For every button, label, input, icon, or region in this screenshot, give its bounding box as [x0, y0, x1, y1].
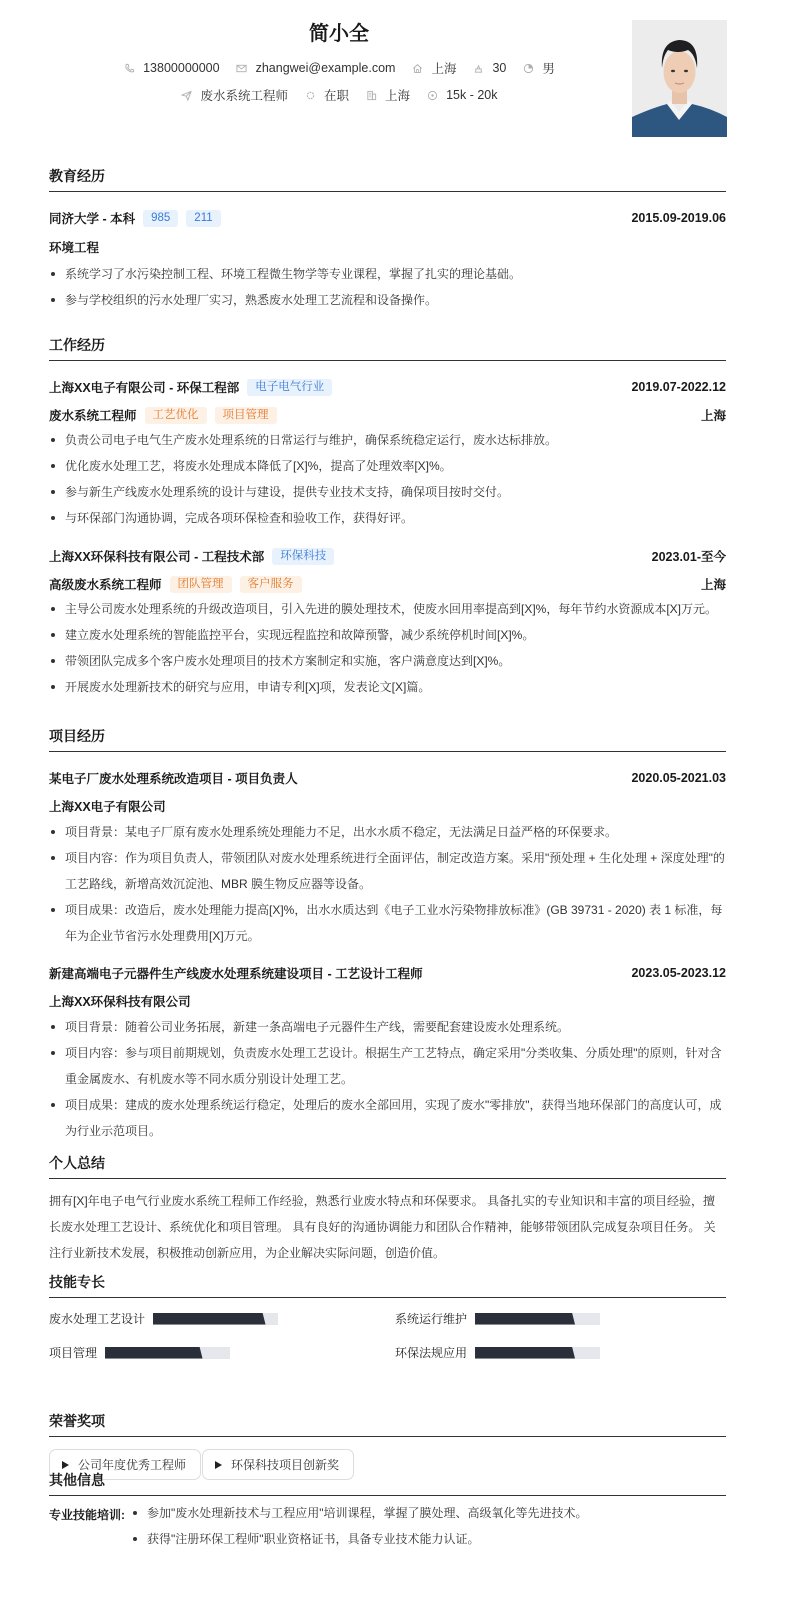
skill-tag: 工艺优化	[145, 407, 207, 424]
projects-section: 项目经历 某电子厂废水处理系统改造项目 - 项目负责人 2020.05-2021…	[49, 726, 726, 1144]
section-title: 工作经历	[49, 335, 726, 361]
list-item: 系统学习了水污染控制工程、环境工程微生物学等专业课程，掌握了扎实的理论基础。	[49, 261, 726, 287]
project-entry: 新建高端电子元器件生产线废水处理系统建设项目 - 工艺设计工程师 2023.05…	[49, 964, 726, 1144]
age-icon	[472, 62, 484, 74]
project-name: 某电子厂废水处理系统改造项目 - 项目负责人	[49, 769, 298, 787]
job-bullets: 主导公司废水处理系统的升级改造项目，引入先进的膜处理技术，使废水回用率提高到[X…	[49, 596, 726, 700]
email-item: zhangwei@example.com	[236, 61, 396, 75]
skill-item: 废水处理工艺设计	[49, 1310, 278, 1327]
gender-icon	[522, 62, 534, 74]
skill-bar	[105, 1347, 230, 1359]
school-tag: 985	[143, 210, 178, 227]
project-bullets: 项目背景：随着公司业务拓展，新建一条高端电子元器件生产线，需要配套建设废水处理系…	[49, 1014, 726, 1144]
gender: 男	[542, 59, 555, 77]
list-item: 项目背景：随着公司业务拓展，新建一条高端电子元器件生产线，需要配套建设废水处理系…	[49, 1014, 726, 1040]
job-role-row: 废水系统工程师 工艺优化 项目管理 上海	[49, 406, 726, 424]
section-title: 荣誉奖项	[49, 1411, 726, 1437]
section-title: 个人总结	[49, 1153, 726, 1179]
other-info-bullets: 参加"废水处理新技术与工程应用"培训课程，掌握了膜处理、高级氧化等先进技术。 获…	[131, 1500, 588, 1552]
summary-text: 拥有[X]年电子电气行业废水系统工程师工作经验，熟悉行业废水特点和环保要求。 具…	[49, 1188, 726, 1266]
skill-bar	[475, 1313, 600, 1325]
list-item: 参加"废水处理新技术与工程应用"培训课程，掌握了膜处理、高级氧化等先进技术。	[131, 1500, 588, 1526]
education-section: 教育经历 同济大学 - 本科 985 211 2015.09-2019.06 环…	[49, 166, 726, 313]
job-bullets: 负责公司电子电气生产废水处理系统的日常运行与维护，确保系统稳定运行，废水达标排放…	[49, 427, 726, 531]
age-item: 30	[472, 61, 506, 75]
skills-section: 技能专长 废水处理工艺设计 系统运行维护 项目管理 环保法规应用	[49, 1272, 726, 1372]
other-info-section: 其他信息 专业技能培训: 参加"废水处理新技术与工程应用"培训课程，掌握了膜处理…	[49, 1470, 726, 1570]
triangle-right-icon	[62, 1461, 69, 1469]
skill-bar	[475, 1347, 600, 1359]
major: 环境工程	[49, 238, 726, 256]
other-info-row: 专业技能培训: 参加"废水处理新技术与工程应用"培训课程，掌握了膜处理、高级氧化…	[49, 1506, 588, 1552]
skill-name: 废水处理工艺设计	[49, 1310, 145, 1327]
contact-info-row: 13800000000 zhangwei@example.com 上海 30	[49, 59, 629, 77]
project-company: 上海XX电子有限公司	[49, 797, 726, 815]
project-entry: 某电子厂废水处理系统改造项目 - 项目负责人 2020.05-2021.03 上…	[49, 769, 726, 949]
list-item: 与环保部门沟通协调，完成各项环保检查和验收工作，获得好评。	[49, 505, 726, 531]
job-info-row: 废水系统工程师 在职 上海 15k - 20k	[49, 86, 629, 104]
summary-section: 个人总结 拥有[X]年电子电气行业废水系统工程师工作经验，熟悉行业废水特点和环保…	[49, 1153, 726, 1266]
list-item: 参与学校组织的污水处理厂实习，熟悉废水处理工艺流程和设备操作。	[49, 287, 726, 313]
list-item: 负责公司电子电气生产废水处理系统的日常运行与维护，确保系统稳定运行，废水达标排放…	[49, 427, 726, 453]
home-icon	[411, 62, 423, 74]
skill-name: 项目管理	[49, 1344, 97, 1361]
skill-bar-fill	[153, 1313, 266, 1325]
section-title: 教育经历	[49, 166, 726, 192]
building-icon	[365, 89, 377, 101]
project-name: 新建高端电子元器件生产线废水处理系统建设项目 - 工艺设计工程师	[49, 964, 423, 982]
skill-bar	[153, 1313, 278, 1325]
skill-item: 系统运行维护	[395, 1310, 600, 1327]
resume-page: 简小全 13800000000 zhangwei@example.com 上海	[49, 0, 726, 150]
mail-icon	[236, 62, 248, 74]
project-bullets: 项目背景：某电子厂原有废水处理系统处理能力不足，出水水质不稳定，无法满足日益严格…	[49, 819, 726, 949]
job-location: 上海	[701, 406, 726, 424]
list-item: 优化废水处理工艺，将废水处理成本降低了[X]%，提高了处理效率[X]%。	[49, 453, 726, 479]
skill-item: 项目管理	[49, 1344, 230, 1361]
location-item: 上海	[411, 59, 456, 77]
project-entry-header: 新建高端电子元器件生产线废水处理系统建设项目 - 工艺设计工程师 2023.05…	[49, 964, 726, 982]
list-item: 建立废水处理系统的智能监控平台，实现远程监控和故障预警，减少系统停机时间[X]%…	[49, 622, 726, 648]
phone-item: 13800000000	[123, 61, 219, 75]
school-name: 同济大学 - 本科	[49, 209, 135, 227]
phone-icon	[123, 62, 135, 74]
skill-item: 环保法规应用	[395, 1344, 600, 1361]
target-position: 废水系统工程师	[201, 86, 289, 104]
list-item: 项目内容：作为项目负责人，带领团队对废水处理系统进行全面评估，制定改造方案。采用…	[49, 845, 726, 897]
skill-name: 系统运行维护	[395, 1310, 467, 1327]
job-entry-header: 上海XX环保科技有限公司 - 工程技术部 环保科技 2023.01-至今	[49, 547, 726, 565]
job-location: 上海	[701, 575, 726, 593]
list-item: 开展废水处理新技术的研究与应用，申请专利[X]项，发表论文[X]篇。	[49, 674, 726, 700]
job-date: 2019.07-2022.12	[631, 380, 726, 394]
list-item: 项目成果：建成的废水处理系统运行稳定，处理后的废水全部回用，实现了废水"零排放"…	[49, 1092, 726, 1144]
send-icon	[181, 89, 193, 101]
skill-bar-fill	[105, 1347, 203, 1359]
expected-salary: 15k - 20k	[446, 88, 497, 102]
school-tag: 211	[186, 210, 220, 227]
list-item: 参与新生产线废水处理系统的设计与建设，提供专业技术支持，确保项目按时交付。	[49, 479, 726, 505]
profile-photo	[632, 20, 727, 137]
skill-name: 环保法规应用	[395, 1344, 467, 1361]
job-entry-header: 上海XX电子有限公司 - 环保工程部 电子电气行业 2019.07-2022.1…	[49, 378, 726, 396]
phone-number: 13800000000	[143, 61, 219, 75]
candidate-name: 简小全	[49, 17, 629, 46]
section-title: 其他信息	[49, 1470, 726, 1496]
job-role-row: 高级废水系统工程师 团队管理 客户服务 上海	[49, 575, 726, 593]
skill-bar-fill	[475, 1347, 575, 1359]
job-status-item: 在职	[304, 86, 349, 104]
triangle-right-icon	[215, 1461, 222, 1469]
list-item: 项目成果：改造后，废水处理能力提高[X]%，出水水质达到《电子工业水污染物排放标…	[49, 897, 726, 949]
project-company: 上海XX环保科技有限公司	[49, 992, 726, 1010]
job-entry: 上海XX环保科技有限公司 - 工程技术部 环保科技 2023.01-至今 高级废…	[49, 547, 726, 700]
salary-item: 15k - 20k	[426, 88, 497, 102]
education-date: 2015.09-2019.06	[631, 211, 726, 225]
list-item: 主导公司废水处理系统的升级改造项目，引入先进的膜处理技术，使废水回用率提高到[X…	[49, 596, 726, 622]
skill-tag: 团队管理	[170, 576, 232, 593]
company-name: 上海XX环保科技有限公司 - 工程技术部	[49, 547, 264, 565]
work-section: 工作经历 上海XX电子有限公司 - 环保工程部 电子电气行业 2019.07-2…	[49, 335, 726, 700]
list-item: 项目背景：某电子厂原有废水处理系统处理能力不足，出水水质不稳定，无法满足日益严格…	[49, 819, 726, 845]
target-city-item: 上海	[365, 86, 410, 104]
resume-header: 简小全 13800000000 zhangwei@example.com 上海	[49, 0, 726, 150]
skill-tag: 客户服务	[240, 576, 302, 593]
target-position-item: 废水系统工程师	[181, 86, 289, 104]
company-name: 上海XX电子有限公司 - 环保工程部	[49, 378, 239, 396]
skill-bar-fill	[475, 1313, 575, 1325]
job-entry: 上海XX电子有限公司 - 环保工程部 电子电气行业 2019.07-2022.1…	[49, 378, 726, 531]
other-info-label: 专业技能培训:	[49, 1506, 131, 1552]
project-date: 2020.05-2021.03	[631, 771, 726, 785]
city: 上海	[431, 59, 456, 77]
list-item: 带领团队完成多个客户废水处理项目的技术方案制定和实施，客户满意度达到[X]%。	[49, 648, 726, 674]
target-city: 上海	[385, 86, 410, 104]
industry-tag: 电子电气行业	[247, 379, 332, 396]
gender-item: 男	[522, 59, 555, 77]
project-date: 2023.05-2023.12	[631, 966, 726, 980]
salary-icon	[426, 89, 438, 101]
job-role: 高级废水系统工程师	[49, 575, 162, 593]
job-status: 在职	[324, 86, 349, 104]
section-title: 技能专长	[49, 1272, 726, 1298]
list-item: 获得"注册环保工程师"职业资格证书，具备专业技术能力认证。	[131, 1526, 588, 1552]
industry-tag: 环保科技	[272, 548, 334, 565]
job-date: 2023.01-至今	[652, 547, 726, 565]
email-address: zhangwei@example.com	[256, 61, 396, 75]
education-entry-header: 同济大学 - 本科 985 211 2015.09-2019.06	[49, 209, 726, 227]
project-entry-header: 某电子厂废水处理系统改造项目 - 项目负责人 2020.05-2021.03	[49, 769, 726, 787]
age: 30	[492, 61, 506, 75]
skill-tag: 项目管理	[215, 407, 277, 424]
job-role: 废水系统工程师	[49, 406, 137, 424]
status-icon	[304, 89, 316, 101]
education-bullets: 系统学习了水污染控制工程、环境工程微生物学等专业课程，掌握了扎实的理论基础。 参…	[49, 261, 726, 313]
list-item: 项目内容：参与项目前期规划，负责废水处理工艺设计。根据生产工艺特点，确定采用"分…	[49, 1040, 726, 1092]
section-title: 项目经历	[49, 726, 726, 752]
